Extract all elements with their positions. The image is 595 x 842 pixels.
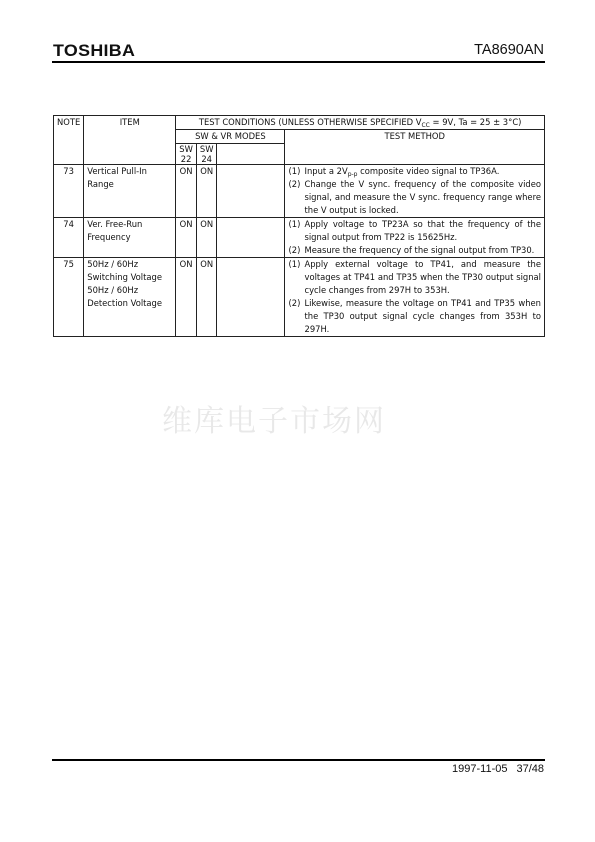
sw24-state: ON (196, 258, 217, 337)
method-step: (2)Change the V sync. frequency of the c… (288, 178, 541, 217)
method-step: (1)Apply external voltage to TP41, and m… (288, 258, 541, 297)
vr-mode-blank (217, 165, 285, 218)
footer-rule (52, 759, 545, 761)
page-number: 37/48 (516, 763, 544, 775)
test-method: (1)Apply voltage to TP23A so that the fr… (285, 218, 545, 258)
sw24-state: ON (196, 218, 217, 258)
col-header-test-method: TEST METHOD (285, 130, 545, 165)
item-line: Ver. Free-Run (87, 218, 172, 231)
part-number: TA8690AN (474, 42, 544, 58)
col-header-sw24: SW24 (196, 144, 217, 165)
brand-logo: TOSHIBA (53, 41, 135, 61)
watermark: 维库电子市场网 (162, 396, 386, 440)
item-line: Frequency (87, 231, 172, 244)
test-method: (1)Input a 2Vp-p composite video signal … (285, 165, 545, 218)
sw24-state: ON (196, 165, 217, 218)
item-name: 50Hz / 60HzSwitching Voltage50Hz / 60HzD… (84, 258, 176, 337)
col-header-sw22: SW22 (176, 144, 197, 165)
item-line: Switching Voltage (87, 271, 172, 284)
table-row: 73Vertical Pull-InRangeONON(1)Input a 2V… (54, 165, 545, 218)
vr-mode-blank (217, 218, 285, 258)
method-step: (2)Likewise, measure the voltage on TP41… (288, 297, 541, 336)
col-header-blank (217, 144, 285, 165)
item-line: 50Hz / 60Hz (87, 258, 172, 271)
item-line: Detection Voltage (87, 297, 172, 310)
method-step: (1)Apply voltage to TP23A so that the fr… (288, 218, 541, 244)
col-header-sw-vr-modes: SW & VR MODES (176, 130, 285, 144)
table-row: 7550Hz / 60HzSwitching Voltage50Hz / 60H… (54, 258, 545, 337)
test-method: (1)Apply external voltage to TP41, and m… (285, 258, 545, 337)
sw22-state: ON (176, 218, 197, 258)
item-line: Range (87, 178, 172, 191)
footer-date: 1997-11-05 (452, 763, 507, 775)
header-rule (52, 61, 545, 63)
note-number: 74 (54, 218, 84, 258)
item-line: 50Hz / 60Hz (87, 284, 172, 297)
sw22-state: ON (176, 165, 197, 218)
item-name: Vertical Pull-InRange (84, 165, 176, 218)
col-header-test-conditions: TEST CONDITIONS (UNLESS OTHERWISE SPECIF… (176, 116, 545, 130)
method-step: (1)Input a 2Vp-p composite video signal … (288, 165, 541, 178)
col-header-item: ITEM (84, 116, 176, 165)
sw22-state: ON (176, 258, 197, 337)
item-name: Ver. Free-RunFrequency (84, 218, 176, 258)
note-number: 73 (54, 165, 84, 218)
note-number: 75 (54, 258, 84, 337)
item-line: Vertical Pull-In (87, 165, 172, 178)
method-step: (2)Measure the frequency of the signal o… (288, 244, 541, 257)
test-method-table: NOTE ITEM TEST CONDITIONS (UNLESS OTHERW… (53, 115, 545, 337)
footer: 1997-11-0537/48 (452, 763, 544, 775)
vr-mode-blank (217, 258, 285, 337)
col-header-note: NOTE (54, 116, 84, 165)
table-row: 74Ver. Free-RunFrequencyONON(1)Apply vol… (54, 218, 545, 258)
